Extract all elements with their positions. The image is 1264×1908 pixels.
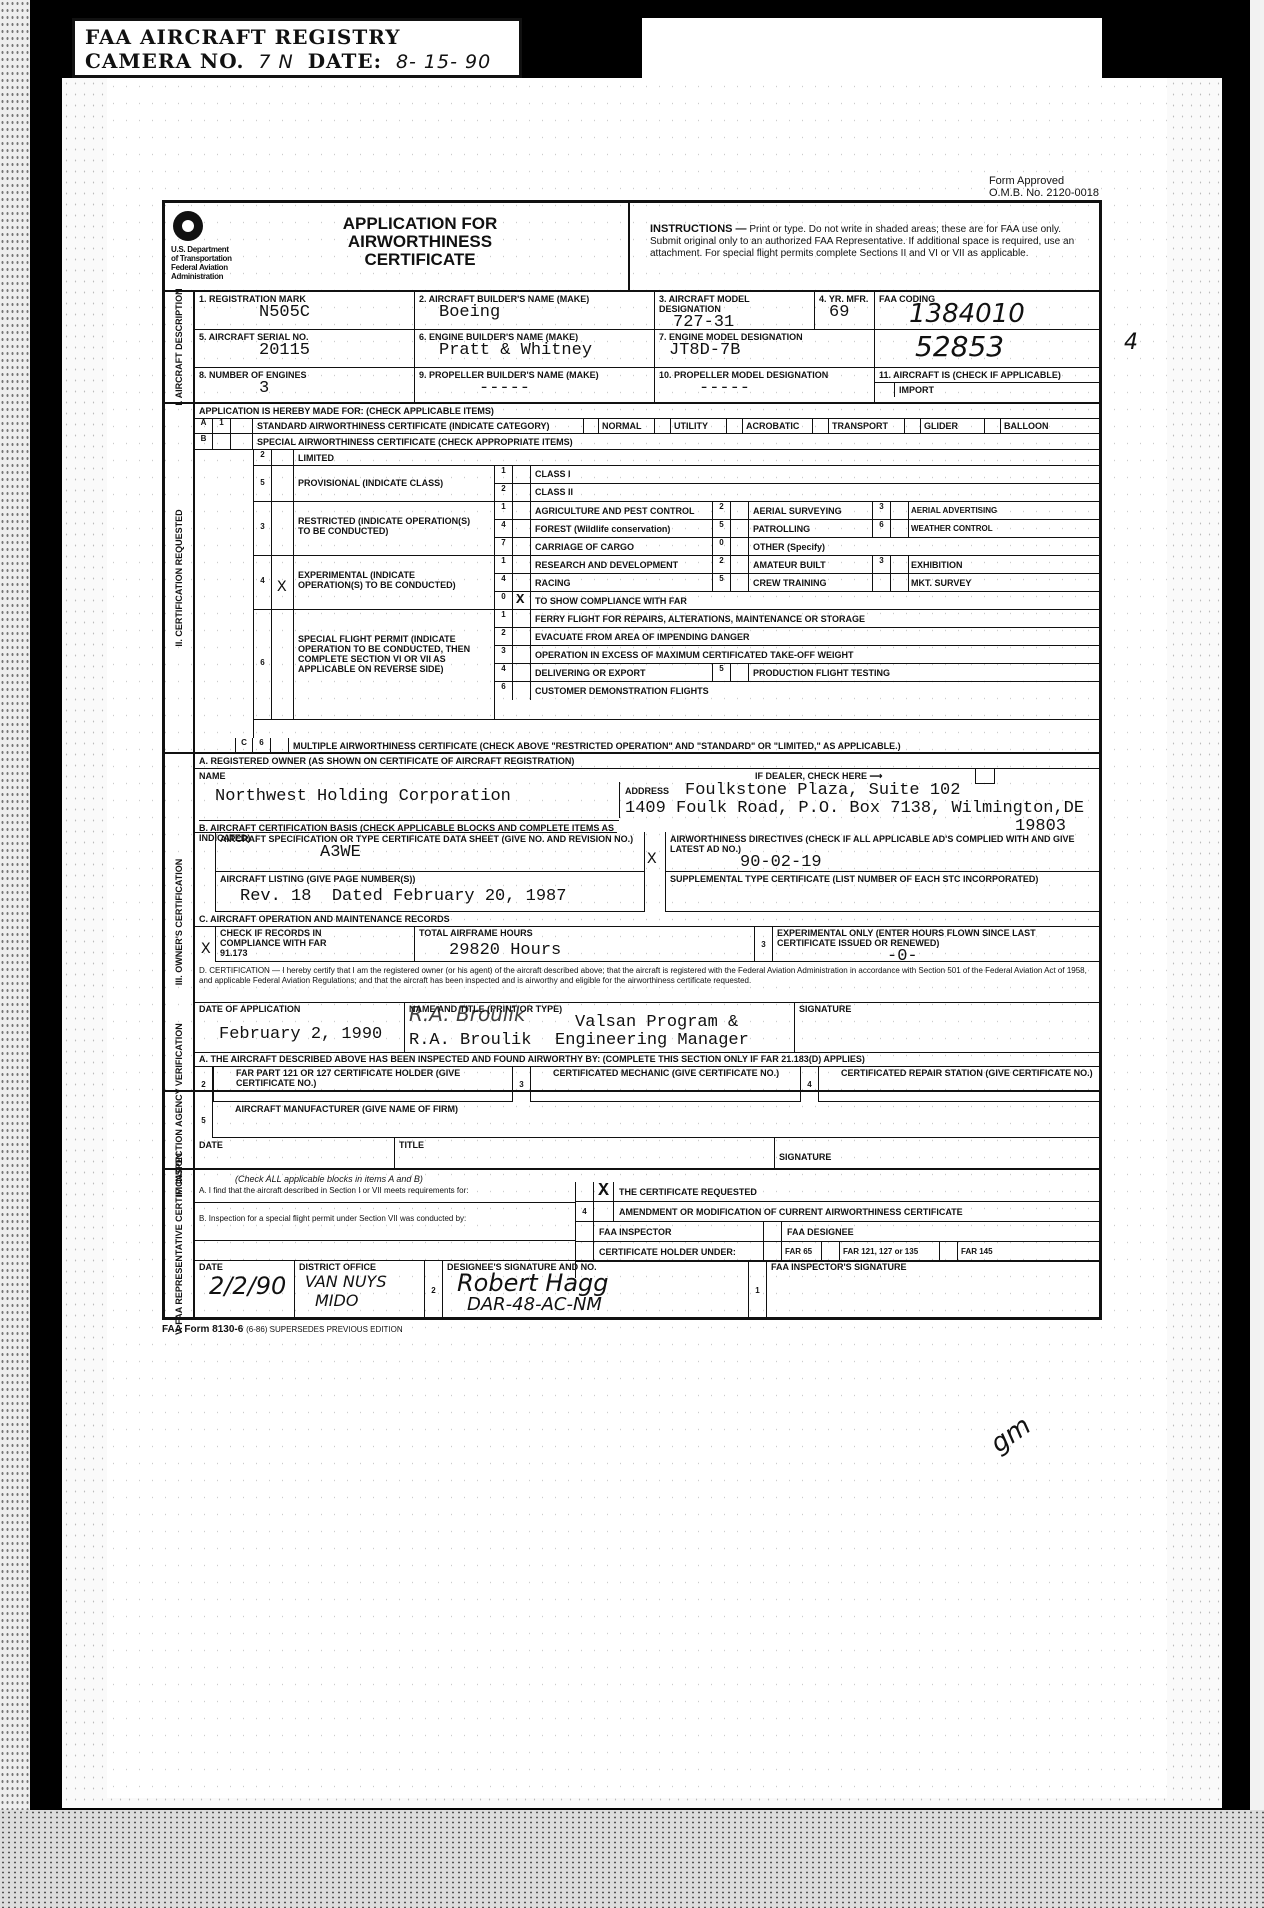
forest-checkbox[interactable] <box>513 520 531 537</box>
patrolling-checkbox[interactable] <box>731 520 749 537</box>
row-letter: A <box>195 418 213 433</box>
row-code: 2 <box>254 450 272 465</box>
divider <box>195 768 1099 769</box>
ferry-checkbox[interactable] <box>513 610 531 627</box>
cert-holder-checkbox[interactable] <box>576 1242 594 1261</box>
item-a-label: A. I find that the aircraft described in… <box>199 1186 468 1195</box>
faa-coding-value: 1384010 <box>879 304 1095 324</box>
faa-date-field[interactable]: DATE 2/2/90 <box>195 1260 295 1320</box>
ad-field[interactable]: AIRWORTHINESS DIRECTIVES (Check if all a… <box>665 832 1099 872</box>
amendment-label: AMENDMENT OR MODIFICATION OF CURRENT AIR… <box>614 1202 968 1221</box>
row-code: 1 <box>495 610 513 627</box>
inspector-signature-field[interactable]: FAA INSPECTOR'S SIGNATURE <box>767 1260 1099 1320</box>
limited-checkbox[interactable] <box>272 450 294 465</box>
op-label: CREW TRAINING <box>749 574 873 591</box>
form-header: Form Approved O.M.B. No. 2120-0018 U.S. … <box>162 200 1102 292</box>
op-label: FOREST (Wildlife conservation) <box>531 520 713 537</box>
op-label: CARRIAGE OF CARGO <box>531 538 713 556</box>
field-label: TITLE <box>399 1140 770 1150</box>
category-transport: TRANSPORT <box>829 418 905 433</box>
category-glider: GLIDER <box>921 418 985 433</box>
prop-model-field[interactable]: 10. PROPELLER MODEL DESIGNATION ----- <box>655 368 875 404</box>
aircraft-is-field: 11. AIRCRAFT IS (Check if applicable) IM… <box>875 368 1099 404</box>
op-label: AGRICULTURE AND PEST CONTROL <box>531 502 713 519</box>
section-body: A. THE AIRCRAFT DESCRIBED ABOVE HAS BEEN… <box>195 1052 1099 1168</box>
row-code: 6 <box>254 610 272 720</box>
special-options: 2 LIMITED 5 PROVISIONAL (Indicate class)… <box>253 450 1099 738</box>
row-code: 3 <box>254 502 272 556</box>
amendment-checkbox[interactable] <box>594 1202 614 1221</box>
cert-requested-checkbox[interactable]: X <box>594 1182 614 1201</box>
certification-text: D. CERTIFICATION — I hereby certify that… <box>199 966 1089 986</box>
field-label: DATE OF APPLICATION <box>199 1004 400 1014</box>
instructions-label: INSTRUCTIONS — <box>650 223 747 235</box>
utility-checkbox[interactable] <box>655 418 671 433</box>
normal-checkbox[interactable] <box>583 418 599 433</box>
blank-label <box>642 18 1102 78</box>
op-label: RACING <box>531 574 713 591</box>
cert-holder-label: CERTIFICATE HOLDER UNDER: <box>594 1242 764 1261</box>
other-checkbox[interactable] <box>731 538 749 556</box>
district-line2: MIDO <box>299 1291 420 1310</box>
section-label-text: I. AIRCRAFT DESCRIPTION <box>174 288 184 405</box>
class2-row: 2 CLASS II <box>494 484 1099 502</box>
faa-inspector-label: FAA INSPECTOR <box>594 1222 764 1241</box>
experimental-hours-field[interactable]: EXPERIMENTAL ONLY (Enter hours flown sin… <box>773 926 1099 962</box>
provisional-checkbox[interactable] <box>272 466 294 502</box>
date-of-application-field[interactable]: DATE OF APPLICATION February 2, 1990 <box>195 1002 405 1052</box>
agency-line: Administration <box>171 272 232 281</box>
signer-title-line1: Valsan Program & <box>575 1014 738 1032</box>
field-label: EXPERIMENTAL ONLY (Enter hours flown sin… <box>777 928 1095 948</box>
category-utility: UTILITY <box>671 418 727 433</box>
designee-signature: Robert Hagg <box>447 1272 744 1294</box>
section-body: APPLICATION IS HEREBY MADE FOR: (Check a… <box>195 404 1099 752</box>
agency-name: U.S. Department of Transportation Federa… <box>171 245 232 281</box>
row-code: 4 <box>801 1066 819 1102</box>
standard-label: STANDARD AIRWORTHINESS CERTIFICATE (Indi… <box>253 418 583 433</box>
inspection-date-field[interactable]: DATE <box>195 1138 395 1170</box>
records-checkbox[interactable]: X <box>201 940 211 958</box>
research-checkbox[interactable] <box>513 556 531 573</box>
engine-model-field[interactable]: 7. ENGINE MODEL DESIGNATION JT8D-7B <box>655 330 875 368</box>
faa-designee-label: FAA DESIGNEE <box>782 1222 859 1241</box>
row-letter: B <box>195 434 213 449</box>
check-all-label: (Check ALL applicable blocks in items A … <box>235 1174 423 1184</box>
op-label: OPERATION IN EXCESS OF MAXIMUM CERTIFICA… <box>531 646 1099 663</box>
repair-station-field[interactable]: CERTIFICATED REPAIR STATION (Give Certif… <box>819 1066 1099 1102</box>
delivering-checkbox[interactable] <box>513 664 531 681</box>
aerial-surveying-checkbox[interactable] <box>731 502 749 519</box>
restricted-row: 3 RESTRICTED (Indicate operation(s) to b… <box>254 502 1099 556</box>
row-code: 4 <box>576 1202 594 1221</box>
experimental-row: 4 X EXPERIMENTAL (Indicate operation(s) … <box>254 556 1099 610</box>
provisional-label: PROVISIONAL (Indicate class) <box>298 478 443 488</box>
row-code: 5 <box>195 1102 213 1138</box>
faa-inspector-checkbox[interactable] <box>576 1222 594 1241</box>
field-label: 8. NUMBER OF ENGINES <box>199 370 410 380</box>
far-compliance-checkbox[interactable]: X <box>513 592 531 610</box>
import-checkbox[interactable] <box>875 383 895 397</box>
field-label: FAR PART 121 OR 127 CERTIFICATE HOLDER (… <box>218 1068 508 1088</box>
field-label: AIRCRAFT LISTING (Give page number(s)) <box>220 874 640 884</box>
section-body: 1. REGISTRATION MARK N505C 2. AIRCRAFT B… <box>195 292 1099 402</box>
agriculture-checkbox[interactable] <box>513 502 531 519</box>
limited-label: LIMITED <box>294 450 338 465</box>
balloon-checkbox[interactable] <box>985 418 1001 433</box>
listing-field[interactable]: AIRCRAFT LISTING (Give page number(s)) R… <box>215 872 645 912</box>
film-edge-right <box>1250 0 1264 1908</box>
item-b-label: B. Inspection for a special flight permi… <box>199 1214 559 1224</box>
section-owners-certification: III. OWNER'S CERTIFICATION A. REGISTERED… <box>162 754 1102 1092</box>
camera-date: 8- 15- 90 <box>396 51 491 73</box>
row-code: 5 <box>713 520 731 537</box>
header-left: U.S. Department of Transportation Federa… <box>165 203 630 290</box>
row-code <box>576 1182 594 1201</box>
restricted-ops: 1 AGRICULTURE AND PEST CONTROL 2 AERIAL … <box>494 502 1099 556</box>
field-label: AIRCRAFT MANUFACTURER (Give name of firm… <box>217 1104 1095 1114</box>
acrobatic-checkbox[interactable] <box>727 418 743 433</box>
row-code: 5 <box>713 574 731 591</box>
class2-checkbox[interactable] <box>513 484 531 502</box>
far121-checkbox[interactable] <box>822 1242 840 1261</box>
field-label: DATE <box>199 1262 290 1272</box>
class1-label: CLASS I <box>531 466 575 483</box>
op-label: AMATEUR BUILT <box>749 556 873 573</box>
far145-label: FAR 145 <box>958 1242 996 1261</box>
field-label: CERTIFICATED REPAIR STATION (Give Certif… <box>823 1068 1095 1078</box>
field-value: Rev. 18 Dated February 20, 1987 <box>220 884 640 906</box>
form-title: APPLICATION FOR AIRWORTHINESS CERTIFICAT… <box>325 215 515 269</box>
airframe-hours-field[interactable]: TOTAL AIRFRAME HOURS 29820 Hours <box>415 926 755 962</box>
excess-weight-checkbox[interactable] <box>513 646 531 663</box>
engine-builder-field[interactable]: 6. ENGINE BUILDER'S NAME (Make) Pratt & … <box>415 330 655 368</box>
row-code: 2 <box>495 484 513 502</box>
field-label: AIRCRAFT SPECIFICATION OR TYPE CERTIFICA… <box>220 834 640 844</box>
divider <box>195 1202 575 1203</box>
field-label: FAA INSPECTOR'S SIGNATURE <box>771 1262 1095 1272</box>
owner-signature-field[interactable]: SIGNATURE <box>795 1002 1099 1052</box>
faa-coding-value: 52853 <box>879 332 1095 362</box>
op-label: EXHIBITION <box>909 556 1099 573</box>
faa-designee-checkbox[interactable] <box>764 1222 782 1241</box>
builder-field[interactable]: 2. AIRCRAFT BUILDER'S NAME (Make) Boeing <box>415 292 655 330</box>
racing-checkbox[interactable] <box>513 574 531 591</box>
field-label: AIRWORTHINESS DIRECTIVES (Check if all a… <box>670 834 1095 854</box>
special-flight-label: SPECIAL FLIGHT PERMIT (Indicate operatio… <box>298 634 478 674</box>
far145-checkbox[interactable] <box>940 1242 958 1261</box>
row-code: 7 <box>495 538 513 556</box>
owner-name[interactable]: Northwest Holding Corporation <box>215 788 511 806</box>
row-code: 2 <box>495 628 513 645</box>
row-code: 2 <box>195 1066 213 1102</box>
faa-coding-2-field: 52853 <box>875 330 1099 368</box>
row-code: 1 <box>749 1260 767 1320</box>
designee-number: DAR-48-AC-NM <box>447 1294 744 1315</box>
op-label: PATROLLING <box>749 520 873 537</box>
special-checkbox[interactable] <box>231 434 253 449</box>
check-all-text: (Check ALL applicable blocks in items A … <box>235 1174 423 1184</box>
row-code: 3 <box>495 646 513 663</box>
agency-line: of Transportation <box>171 254 232 263</box>
row-code: 2 <box>713 556 731 573</box>
multiple-checkbox[interactable] <box>271 738 289 754</box>
field-label: CHECK IF RECORDS IN COMPLIANCE WITH FAR … <box>220 928 330 958</box>
form-footer: FAA Form 8130-6 (6-86) SUPERSEDES PREVIO… <box>162 1324 1102 1335</box>
form-approved-label: Form Approved <box>989 175 1099 187</box>
op-label: DELIVERING OR EXPORT <box>531 664 713 681</box>
crew-training-checkbox[interactable] <box>731 574 749 591</box>
experimental-ops: 1 RESEARCH AND DEVELOPMENT 2 AMATEUR BUI… <box>494 556 1099 610</box>
op-label: PRODUCTION FLIGHT TESTING <box>749 664 1099 681</box>
row-code: 1 <box>495 502 513 519</box>
district-office-field[interactable]: DISTRICT OFFICE VAN NUYS MIDO <box>295 1260 425 1320</box>
multiple-label: MULTIPLE AIRWORTHINESS CERTIFICATE (Chec… <box>289 738 1099 754</box>
registered-owner-label: A. REGISTERED OWNER (As shown on certifi… <box>199 756 574 766</box>
field-label: TOTAL AIRFRAME HOURS <box>419 928 750 938</box>
row-code: 3 <box>873 502 891 519</box>
yr-mfr-field[interactable]: 4. YR. MFR. 69 <box>815 292 875 330</box>
airworthiness-form: Form Approved O.M.B. No. 2120-0018 U.S. … <box>162 200 1102 1335</box>
row-code: 5 <box>713 664 731 681</box>
spacer <box>195 738 235 754</box>
dealer-checkbox[interactable] <box>975 768 995 784</box>
row-letter: C <box>235 738 253 754</box>
cert-requested-label: THE CERTIFICATE REQUESTED <box>614 1182 762 1201</box>
camera-no: 7 N <box>258 51 293 73</box>
field-value: Boeing <box>419 304 650 322</box>
special-flight-row: 6 SPECIAL FLIGHT PERMIT (Indicate operat… <box>254 610 1099 720</box>
field-label: 11. AIRCRAFT IS (Check if applicable) <box>879 370 1095 380</box>
section-label-text: II. CERTIFICATION REQUESTED <box>174 509 184 646</box>
experimental-label: EXPERIMENTAL (Indicate operation(s) to b… <box>298 570 478 590</box>
restricted-label: RESTRICTED (Indicate operation(s) to be … <box>298 516 478 536</box>
section-label-text: V. FAA REPRESENTATIVE CERTIFICATION <box>174 1153 184 1335</box>
section-body: A. REGISTERED OWNER (As shown on certifi… <box>195 754 1099 1090</box>
section-certification-requested: II. CERTIFICATION REQUESTED APPLICATION … <box>162 404 1102 754</box>
category-balloon: BALLOON <box>1001 418 1099 433</box>
row-code: 2 <box>713 502 731 519</box>
inspection-signature-field[interactable]: SIGNATURE <box>775 1138 1099 1170</box>
op-label: TO SHOW COMPLIANCE WITH FAR <box>531 592 1099 610</box>
camera-label: FAA AIRCRAFT REGISTRY CAMERA NO. 7 N DAT… <box>72 18 522 78</box>
manufacturer-field[interactable]: AIRCRAFT MANUFACTURER (Give name of firm… <box>213 1102 1099 1138</box>
row-code: 1 <box>495 556 513 573</box>
applied-for-label: APPLICATION IS HEREBY MADE FOR: (Check a… <box>199 406 494 416</box>
inspection-title-field[interactable]: TITLE <box>395 1138 775 1170</box>
field-value: 29820 Hours <box>419 938 750 960</box>
section-inspection-agency: IV. INSPECTION AGENCY VERIFICATION A. TH… <box>162 1052 1102 1170</box>
date-label: DATE: <box>308 49 382 73</box>
class1-row: 1 CLASS I <box>494 466 1099 484</box>
field-label: SIGNATURE <box>779 1140 1095 1162</box>
amateur-built-checkbox[interactable] <box>731 556 749 573</box>
agency-line: U.S. Department <box>171 245 232 254</box>
op-label: FERRY FLIGHT FOR REPAIRS, ALTERATIONS, M… <box>531 610 1099 627</box>
field-value: 69 <box>819 304 870 322</box>
field-value: ----- <box>659 380 870 398</box>
row-code: 4 <box>495 574 513 591</box>
ad-checkbox[interactable]: X <box>647 850 657 868</box>
op-label: AERIAL ADVERTISING <box>909 502 1099 519</box>
designee-signature-field[interactable]: DESIGNEE'S SIGNATURE AND NO. Robert Hagg… <box>443 1260 749 1320</box>
op-label: WEATHER CONTROL <box>909 520 1099 537</box>
row-code: 5 <box>254 466 272 502</box>
class2-label: CLASS II <box>531 484 577 502</box>
far65-label: FAR 65 <box>782 1242 822 1261</box>
standard-row: A 1 STANDARD AIRWORTHINESS CERTIFICATE (… <box>195 418 1099 434</box>
field-value: ----- <box>419 380 650 398</box>
section-label: V. FAA REPRESENTATIVE CERTIFICATION <box>165 1170 195 1317</box>
form-approved: Form Approved O.M.B. No. 2120-0018 <box>989 175 1099 199</box>
section-body: (Check ALL applicable blocks in items A … <box>195 1170 1099 1317</box>
mechanic-field[interactable]: CERTIFICATED MECHANIC (Give Certificate … <box>531 1066 801 1102</box>
import-label: IMPORT <box>895 383 938 397</box>
divider <box>195 1240 575 1241</box>
field-value: 20115 <box>199 342 410 360</box>
margin-note: 4 <box>1124 330 1138 355</box>
field-value: N505C <box>199 304 410 322</box>
limited-row: 2 LIMITED <box>254 450 1099 466</box>
spec-field[interactable]: AIRCRAFT SPECIFICATION OR TYPE CERTIFICA… <box>215 832 645 872</box>
name-label: NAME <box>199 771 226 781</box>
field-label: 10. PROPELLER MODEL DESIGNATION <box>659 370 870 380</box>
row-code <box>873 574 891 591</box>
row-code <box>213 434 231 449</box>
special-flight-checkbox[interactable] <box>272 610 294 720</box>
field-label: 9. PROPELLER BUILDER'S NAME (Make) <box>419 370 650 380</box>
address-line2[interactable]: 1409 Foulk Road, P.O. Box 7138, Wilmingt… <box>625 800 1084 818</box>
camera-no-label: CAMERA NO. <box>85 49 244 73</box>
exhibition-checkbox[interactable] <box>891 556 909 573</box>
field-label: DISTRICT OFFICE <box>299 1262 420 1272</box>
section-faa-representative: V. FAA REPRESENTATIVE CERTIFICATION (Che… <box>162 1170 1102 1320</box>
prop-builder-field[interactable]: 9. PROPELLER BUILDER'S NAME (Make) ----- <box>415 368 655 404</box>
model-field[interactable]: 3. AIRCRAFT MODEL DESIGNATION 727-31 <box>655 292 815 330</box>
records-label: C. AIRCRAFT OPERATION AND MAINTENANCE RE… <box>199 914 450 924</box>
row-code: 3 <box>873 556 891 573</box>
op-label: EVACUATE FROM AREA OF IMPENDING DANGER <box>531 628 1099 645</box>
compliance-field: CHECK IF RECORDS IN COMPLIANCE WITH FAR … <box>215 926 415 962</box>
field-value: 2/2/90 <box>199 1272 290 1300</box>
transport-checkbox[interactable] <box>813 418 829 433</box>
serial-field[interactable]: 5. AIRCRAFT SERIAL NO. 20115 <box>195 330 415 368</box>
section-label: IV. INSPECTION AGENCY VERIFICATION <box>165 1052 195 1168</box>
faa-coding-field: FAA CODING 1384010 <box>875 292 1099 330</box>
op-label: CUSTOMER DEMONSTRATION FLIGHTS <box>531 682 1099 700</box>
signer-signature: R.A. Broulik <box>409 1002 526 1026</box>
divider <box>619 782 620 818</box>
section-label: II. CERTIFICATION REQUESTED <box>165 404 195 752</box>
section-label: I. AIRCRAFT DESCRIPTION <box>165 292 195 402</box>
dot-logo-icon <box>173 211 203 241</box>
form-edition: (6-86) SUPERSEDES PREVIOUS EDITION <box>246 1325 402 1334</box>
field-value: 3 <box>199 380 410 398</box>
name-title-field[interactable]: NAME AND TITLE (Print or type) R.A. Brou… <box>405 1002 795 1052</box>
row-code: 3 <box>513 1066 531 1102</box>
field-label: CERTIFICATED MECHANIC (Give Certificate … <box>535 1068 796 1078</box>
far121-field[interactable]: FAR PART 121 OR 127 CERTIFICATE HOLDER (… <box>213 1066 513 1102</box>
evacuate-checkbox[interactable] <box>513 628 531 645</box>
experimental-checkbox[interactable]: X <box>272 556 294 610</box>
section-label-text: III. OWNER'S CERTIFICATION <box>174 859 184 985</box>
row-code: 4 <box>254 556 272 610</box>
standard-checkbox[interactable] <box>231 418 253 433</box>
op-label: MKT. SURVEY <box>909 574 1099 591</box>
dealer-label: IF DEALER, CHECK HERE ⟶ <box>755 771 882 781</box>
district-line1: VAN NUYS <box>299 1272 420 1291</box>
row-code: 3 <box>755 926 773 962</box>
field-value: A3WE <box>220 844 640 862</box>
far65-checkbox[interactable] <box>764 1242 782 1261</box>
weather-control-checkbox[interactable] <box>891 520 909 537</box>
op-label: OTHER (Specify) <box>749 538 1099 556</box>
film-edge-bottom <box>0 1810 1264 1908</box>
film-edge-left <box>0 0 30 1908</box>
field-label: 3. AIRCRAFT MODEL DESIGNATION <box>659 294 810 314</box>
dealer-text: IF DEALER, CHECK HERE <box>755 771 867 781</box>
row-code: 1 <box>213 418 231 433</box>
op-label: RESEARCH AND DEVELOPMENT <box>531 556 713 573</box>
restricted-checkbox[interactable] <box>272 502 294 556</box>
cargo-checkbox[interactable] <box>513 538 531 556</box>
field-value: Pratt & Whitney <box>419 342 650 360</box>
signer-title-line2: Engineering Manager <box>555 1032 749 1050</box>
field-value: February 2, 1990 <box>199 1014 400 1044</box>
multiple-row: C 6 MULTIPLE AIRWORTHINESS CERTIFICATE (… <box>195 738 1099 754</box>
field-value: JT8D-7B <box>659 342 870 360</box>
row-code: 2 <box>425 1260 443 1320</box>
special-flight-ops: 1FERRY FLIGHT FOR REPAIRS, ALTERATIONS, … <box>494 610 1099 720</box>
field-label: DATE <box>199 1140 390 1150</box>
field-label: SIGNATURE <box>799 1004 1095 1014</box>
production-testing-checkbox[interactable] <box>731 664 749 681</box>
row-code: 0 <box>713 538 731 556</box>
stc-field[interactable]: SUPPLEMENTAL TYPE CERTIFICATE (List numb… <box>665 872 1099 912</box>
field-label: SUPPLEMENTAL TYPE CERTIFICATE (List numb… <box>670 874 1095 884</box>
customer-demo-checkbox[interactable] <box>513 682 531 700</box>
glider-checkbox[interactable] <box>905 418 921 433</box>
signer-name: R.A. Broulik <box>409 1032 531 1050</box>
omb-number: O.M.B. No. 2120-0018 <box>989 187 1099 199</box>
divider <box>195 1260 1099 1261</box>
registry-title: FAA AIRCRAFT REGISTRY <box>85 25 509 49</box>
row-code: 6 <box>495 682 513 700</box>
row-code: 6 <box>873 520 891 537</box>
provisional-row: 5 PROVISIONAL (Indicate class) 1 CLASS I… <box>254 466 1099 502</box>
row-code: 1 <box>495 466 513 483</box>
op-label: AERIAL SURVEYING <box>749 502 873 519</box>
row-code: 0 <box>495 592 513 610</box>
inspection-intro: A. THE AIRCRAFT DESCRIBED ABOVE HAS BEEN… <box>199 1054 865 1064</box>
category-normal: NORMAL <box>599 418 655 433</box>
num-engines-field[interactable]: 8. NUMBER OF ENGINES 3 <box>195 368 415 404</box>
section-aircraft-description: I. AIRCRAFT DESCRIPTION 1. REGISTRATION … <box>162 292 1102 404</box>
address-line1[interactable]: Foulkstone Plaza, Suite 102 <box>685 782 960 800</box>
aerial-advertising-checkbox[interactable] <box>891 502 909 519</box>
category-acrobatic: ACROBATIC <box>743 418 813 433</box>
instructions: INSTRUCTIONS — Print or type. Do not wri… <box>630 203 1099 290</box>
row-code: 4 <box>495 664 513 681</box>
registration-mark-field[interactable]: 1. REGISTRATION MARK N505C <box>195 292 415 330</box>
field-value: -0- <box>777 948 1095 966</box>
class1-checkbox[interactable] <box>513 466 531 483</box>
address-label: ADDRESS <box>625 786 669 796</box>
row-code: 6 <box>253 738 271 754</box>
mkt-survey-checkbox[interactable] <box>891 574 909 591</box>
agency-line: Federal Aviation <box>171 263 232 272</box>
row-code: 4 <box>495 520 513 537</box>
